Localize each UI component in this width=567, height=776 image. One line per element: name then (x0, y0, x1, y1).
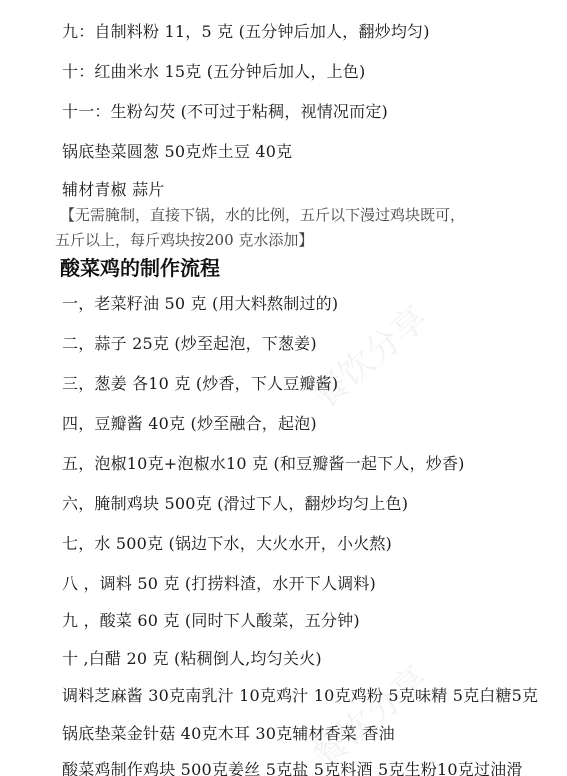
note-line: 【无需腌制，直接下锅，水的比例，五斤以下漫过鸡块既可， (60, 205, 465, 225)
note-line: 五斤以上，每斤鸡块按200 克水添加】 (55, 230, 313, 250)
text-line: 辅材青椒 蒜片 (62, 180, 165, 200)
text-line: 调料芝麻酱 30克南乳汁 10克鸡汁 10克鸡粉 5克味精 5克白糖5克 (62, 686, 538, 706)
text-line: 十：红曲米水 15克 (五分钟后加人，上色) (62, 62, 365, 82)
text-line: 酸菜鸡制作鸡块 500克姜丝 5克盐 5克料酒 5克生粉10克过油滑 (62, 760, 523, 776)
step-line: 三，葱姜 各10 克 (炒香，下人豆瓣酱) (62, 374, 338, 394)
step-line: 十 ,白醋 20 克 (粘稠倒人,均匀关火) (62, 649, 322, 669)
step-line: 二，蒜子 25克 (炒至起泡，下葱姜) (62, 334, 317, 354)
step-line: 六，腌制鸡块 500克 (滑过下人，翻炒均匀上色) (62, 494, 408, 514)
step-line: 八 ，调料 50 克 (打捞料渣，水开下人调料) (62, 574, 376, 594)
step-line: 四，豆瓣酱 40克 (炒至融合，起泡) (62, 414, 317, 434)
text-line: 锅底垫菜金针菇 40克木耳 30克辅材香菜 香油 (62, 724, 395, 744)
text-line: 十一：生粉勾芡 (不可过于粘稠，视情况而定) (62, 102, 388, 122)
text-line: 九：自制料粉 11，5 克 (五分钟后加人，翻炒均匀) (62, 22, 430, 42)
text-line: 锅底垫菜圆葱 50克炸土豆 40克 (62, 142, 292, 162)
section-heading: 酸菜鸡的制作流程 (60, 256, 220, 280)
step-line: 五，泡椒10克+泡椒水10 克 (和豆瓣酱一起下人，炒香) (62, 454, 465, 474)
step-line: 九 ，酸菜 60 克 (同时下人酸菜，五分钟) (62, 611, 360, 631)
watermark: 餐饮分享 (300, 652, 436, 776)
step-line: 一，老菜籽油 50 克 (用大料熬制过的) (62, 294, 338, 314)
step-line: 七，水 500克 (锅边下水，大火水开，小火熬) (62, 534, 392, 554)
